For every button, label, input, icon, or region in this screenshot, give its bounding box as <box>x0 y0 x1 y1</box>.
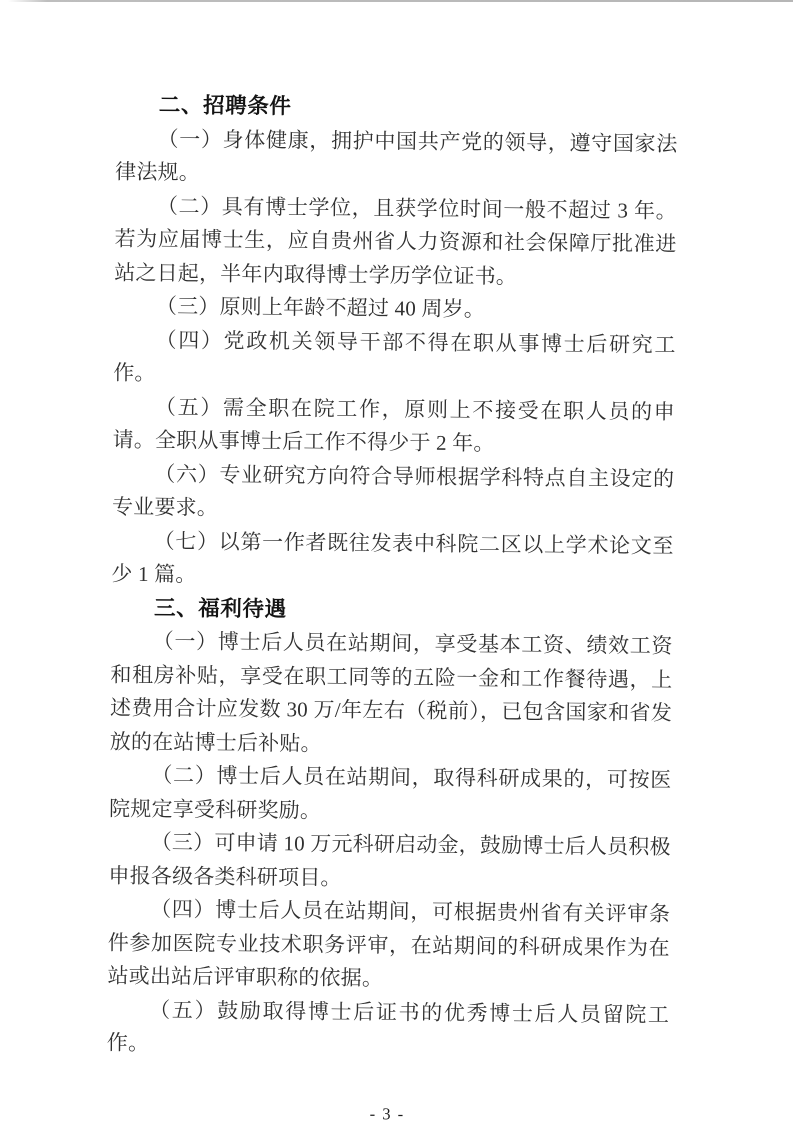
body-paragraph: （六）专业研究方向符合导师根据学科特点自主设定的专业要求。 <box>112 457 675 529</box>
body-paragraph: （二）博士后人员在站期间，取得科研成果的，可按医院规定享受科研奖励。 <box>109 759 672 831</box>
page-number: - 3 - <box>106 1101 668 1122</box>
section-heading-recruitment-conditions: 二、招聘条件 <box>116 89 678 128</box>
body-paragraph: （四）党政机关领导干部不得在职从事博士后研究工作。 <box>113 323 676 395</box>
body-paragraph: （一）身体健康，拥护中国共产党的领导，遵守国家法律法规。 <box>115 122 678 194</box>
section-heading-benefits: 三、福利待遇 <box>111 591 673 630</box>
body-paragraph: （二）具有博士学位，且获学位时间一般不超过 3 年。若为应届博士生，应自贵州省人… <box>114 189 677 295</box>
body-paragraph: （一）博士后人员在站期间，享受基本工资、绩效工资和租房补贴，享受在职工同等的五险… <box>110 625 673 764</box>
body-paragraph: （三）可申请 10 万元科研启动金，鼓励博士后人员积极申报各级各类科研项目。 <box>108 826 671 898</box>
document-page: 二、招聘条件 （一）身体健康，拥护中国共产党的领导，遵守国家法律法规。 （二）具… <box>0 0 793 1122</box>
body-paragraph: （三）原则上年龄不超过 40 周岁。 <box>114 290 676 329</box>
body-paragraph: （五）鼓励取得博士后证书的优秀博士后人员留院工作。 <box>107 993 670 1065</box>
body-paragraph: （七）以第一作者既往发表中科院二区以上学术论文至少 1 篇。 <box>111 524 674 596</box>
scan-edge-artifact <box>8 0 793 2</box>
body-paragraph: （四）博士后人员在站期间，可根据贵州省有关评审条件参加医院专业技术职务评审，在站… <box>107 893 670 999</box>
document-content: 二、招聘条件 （一）身体健康，拥护中国共产党的领导，遵守国家法律法规。 （二）具… <box>106 89 678 1122</box>
body-paragraph: （五）需全职在院工作，原则上不接受在职人员的申请。全职从事博士后工作不得少于 2… <box>112 390 675 462</box>
